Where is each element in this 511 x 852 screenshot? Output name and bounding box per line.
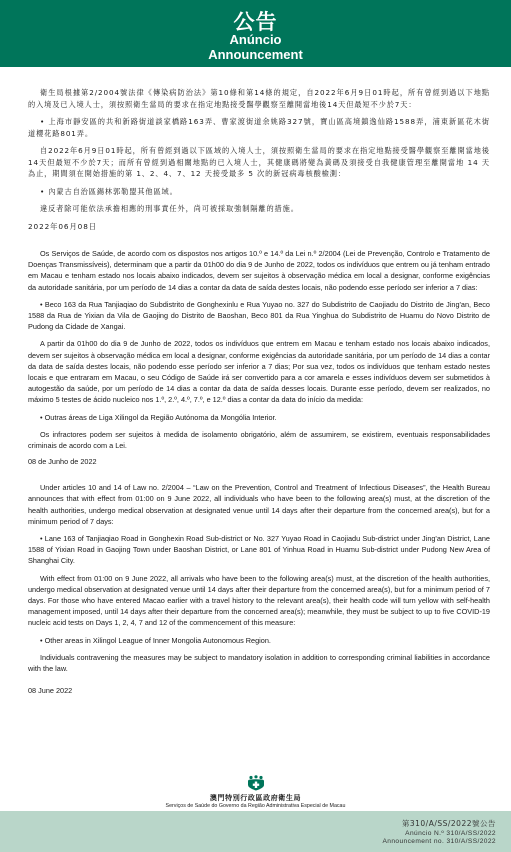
en-paragraph-1: Under articles 10 and 14 of Law no. 2/20… [28, 482, 490, 527]
section-chinese: 衛生局根據第2/2004號法律《傳染病防治法》第10條和第14條的規定，自202… [28, 87, 490, 232]
en-paragraph-2: With effect from 01:00 on 9 June 2022, a… [28, 573, 490, 629]
reference-number-zh: 第310/A/SS/2022號公告 [402, 818, 496, 829]
zh-paragraph-2: 自2022年6月9日01時起，所有曾經到過以下區域的入境人士，須按照衛生當局的要… [28, 145, 490, 180]
health-bureau-logo-icon [247, 775, 265, 791]
section-portuguese: Os Serviços de Saúde, de acordo com os d… [28, 248, 490, 466]
en-bullet-1: • Lane 163 of Tanjiaqiao Road in Gonghex… [28, 533, 490, 567]
zh-bullet-2: • 內蒙古自治區錫林郭勒盟其他區域。 [28, 186, 490, 198]
pt-date: 08 de Junho de 2022 [28, 457, 490, 466]
section-english: Under articles 10 and 14 of Law no. 2/20… [28, 482, 490, 695]
zh-paragraph-3: 違反者除可能依法承擔相應的刑事責任外，尚可被採取強制隔離的措施。 [28, 203, 490, 215]
en-date: 08 June 2022 [28, 686, 490, 695]
title-pt: Anúncio [0, 32, 511, 47]
announcement-body: 衛生局根據第2/2004號法律《傳染病防治法》第10條和第14條的規定，自202… [28, 87, 490, 695]
org-name-pt: Serviços de Saúde do Governo da Região A… [0, 803, 511, 809]
reference-number-en: Announcement no. 310/A/SS/2022 [382, 838, 496, 845]
en-bullet-2: • Other areas in Xilingol League of Inne… [28, 635, 490, 646]
zh-bullet-1: • 上海市靜安區的共和新路街道談家橋路163弄、曹家渡街道余姚路327號，寶山區… [28, 116, 490, 139]
pt-bullet-1: • Beco 163 da Rua Tanjiaqiao do Subdistr… [28, 299, 490, 333]
org-name-zh: 澳門特別行政區政府衛生局 [0, 793, 511, 803]
pt-paragraph-3: Os infractores podem ser sujeitos à medi… [28, 429, 490, 451]
announcement-header: 公告 Anúncio Announcement [0, 0, 511, 67]
zh-paragraph-1: 衛生局根據第2/2004號法律《傳染病防治法》第10條和第14條的規定，自202… [28, 87, 490, 110]
pt-paragraph-2: A partir da 01h00 do dia 9 de Junho de 2… [28, 338, 490, 405]
title-en: Announcement [0, 47, 511, 62]
pt-paragraph-1: Os Serviços de Saúde, de acordo com os d… [28, 248, 490, 293]
reference-number-pt: Anúncio N.º 310/A/SS/2022 [405, 830, 496, 837]
reference-band: 第310/A/SS/2022號公告 Anúncio N.º 310/A/SS/2… [0, 811, 511, 852]
pt-bullet-2: • Outras áreas de Liga Xilingol da Regiã… [28, 412, 490, 423]
zh-date: 2022年06月08日 [28, 221, 490, 233]
en-paragraph-3: Individuals contravening the measures ma… [28, 652, 490, 674]
